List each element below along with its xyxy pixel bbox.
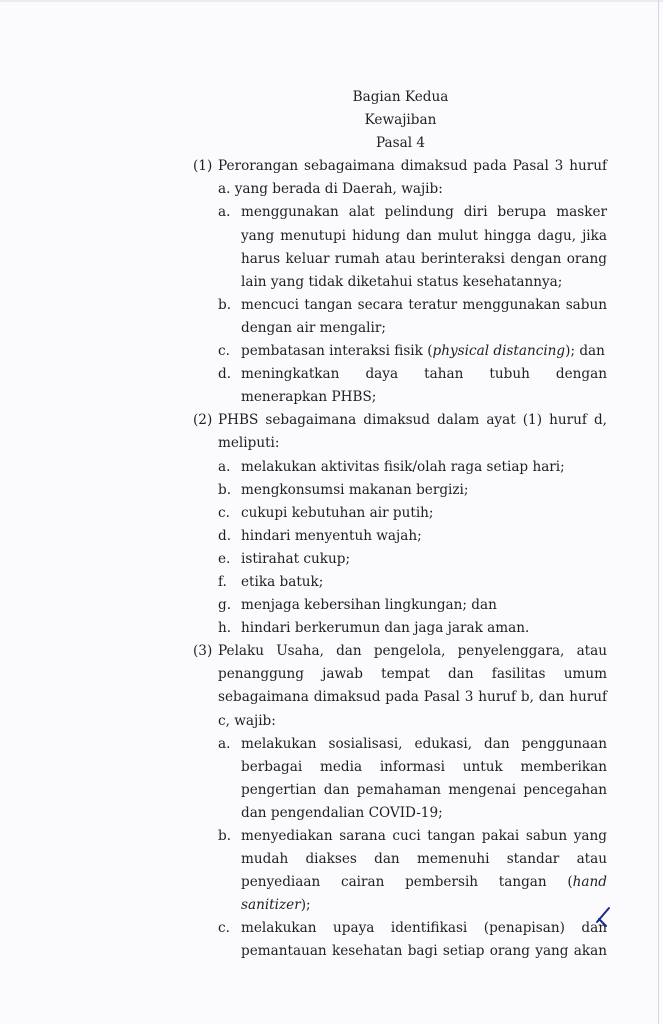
item-text-part: ); bbox=[301, 897, 311, 913]
list-item: b. mencuci tangan secara teratur menggun… bbox=[241, 294, 607, 340]
item-label: b. bbox=[218, 825, 231, 848]
list-item: b. menyediakan sarana cuci tangan pakai … bbox=[241, 825, 607, 917]
ayat-text: Pelaku Usaha, dan pengelola, penyelengga… bbox=[218, 640, 607, 732]
list-item: d. hindari menyentuh wajah; bbox=[241, 525, 607, 548]
scan-top-edge bbox=[0, 0, 663, 2]
item-text: melakukan upaya identifikasi (penapisan)… bbox=[241, 917, 607, 963]
item-text: mencuci tangan secara teratur menggunaka… bbox=[241, 294, 607, 340]
item-list: a. menggunakan alat pelindung diri berup… bbox=[218, 201, 607, 409]
list-item: c. pembatasan interaksi fisik (physical … bbox=[241, 340, 607, 363]
item-text: istirahat cukup; bbox=[241, 548, 607, 571]
list-item: g. menjaga kebersihan lingkungan; dan bbox=[241, 594, 607, 617]
item-text: hindari berkerumun dan jaga jarak aman. bbox=[241, 617, 607, 640]
item-label: e. bbox=[218, 548, 230, 571]
item-label: a. bbox=[218, 201, 230, 224]
heading-block: Bagian Kedua Kewajiban Pasal 4 bbox=[0, 86, 663, 155]
ayat-3: (3) Pelaku Usaha, dan pengelola, penyele… bbox=[218, 640, 607, 963]
item-text: mengkonsumsi makanan bergizi; bbox=[241, 479, 607, 502]
item-label: b. bbox=[218, 479, 231, 502]
item-text-part: pembatasan interaksi fisik ( bbox=[241, 343, 433, 359]
list-item: c. cukupi kebutuhan air putih; bbox=[241, 502, 607, 525]
list-item: b. mengkonsumsi makanan bergizi; bbox=[241, 479, 607, 502]
item-label: d. bbox=[218, 363, 231, 386]
item-text: etika batuk; bbox=[241, 571, 607, 594]
section-title: Bagian Kedua bbox=[138, 86, 663, 109]
item-label: d. bbox=[218, 525, 231, 548]
list-item: a. melakukan aktivitas fisik/olah raga s… bbox=[241, 456, 607, 479]
item-text: menggunakan alat pelindung diri berupa m… bbox=[241, 201, 607, 293]
item-text: melakukan aktivitas fisik/olah raga seti… bbox=[241, 456, 607, 479]
item-text: hindari menyentuh wajah; bbox=[241, 525, 607, 548]
item-label: c. bbox=[218, 917, 230, 940]
item-label: a. bbox=[218, 733, 230, 756]
list-item: h. hindari berkerumun dan jaga jarak ama… bbox=[241, 617, 607, 640]
item-label: g. bbox=[218, 594, 231, 617]
item-label: b. bbox=[218, 294, 231, 317]
list-item: e. istirahat cukup; bbox=[241, 548, 607, 571]
list-item: a. melakukan sosialisasi, edukasi, dan p… bbox=[241, 733, 607, 825]
ayat-text: PHBS sebagaimana dimaksud dalam ayat (1)… bbox=[218, 409, 607, 455]
list-item: f. etika batuk; bbox=[241, 571, 607, 594]
ayat-1: (1) Perorangan sebagaimana dimaksud pada… bbox=[218, 155, 607, 409]
item-text-italic: physical distancing bbox=[433, 343, 566, 359]
paraf-stroke bbox=[597, 908, 609, 926]
list-item: d. meningkatkan daya tahan tubuh dengan … bbox=[241, 363, 607, 409]
ayat-2: (2) PHBS sebagaimana dimaksud dalam ayat… bbox=[218, 409, 607, 640]
document-body: Bagian Kedua Kewajiban Pasal 4 (1) Peror… bbox=[0, 86, 663, 964]
item-text-part: menyediakan sarana cuci tangan pakai sab… bbox=[241, 828, 607, 890]
item-text: cukupi kebutuhan air putih; bbox=[241, 502, 607, 525]
item-list: a. melakukan sosialisasi, edukasi, dan p… bbox=[218, 733, 607, 964]
article-title: Pasal 4 bbox=[138, 132, 663, 155]
item-label: c. bbox=[218, 340, 230, 363]
ayat-text: Perorangan sebagaimana dimaksud pada Pas… bbox=[218, 155, 607, 201]
item-text: menjaga kebersihan lingkungan; dan bbox=[241, 594, 607, 617]
item-text: melakukan sosialisasi, edukasi, dan peng… bbox=[241, 733, 607, 825]
ayat-number: (1) bbox=[193, 155, 212, 178]
item-text: menyediakan sarana cuci tangan pakai sab… bbox=[241, 825, 607, 917]
item-label: c. bbox=[218, 502, 230, 525]
item-label: h. bbox=[218, 617, 231, 640]
list-item: c. melakukan upaya identifikasi (penapis… bbox=[241, 917, 607, 963]
list-item: a. menggunakan alat pelindung diri berup… bbox=[241, 201, 607, 293]
item-list: a. melakukan aktivitas fisik/olah raga s… bbox=[218, 456, 607, 641]
chapter-title: Kewajiban bbox=[138, 109, 663, 132]
item-label: a. bbox=[218, 456, 230, 479]
item-text-part: ); dan bbox=[565, 343, 605, 359]
ayat-number: (2) bbox=[193, 409, 212, 432]
item-text: pembatasan interaksi fisik (physical dis… bbox=[241, 340, 607, 363]
handwritten-paraf-icon bbox=[592, 906, 616, 930]
item-text: meningkatkan daya tahan tubuh dengan men… bbox=[241, 363, 607, 409]
ayat-number: (3) bbox=[193, 640, 212, 663]
item-label: f. bbox=[218, 571, 227, 594]
